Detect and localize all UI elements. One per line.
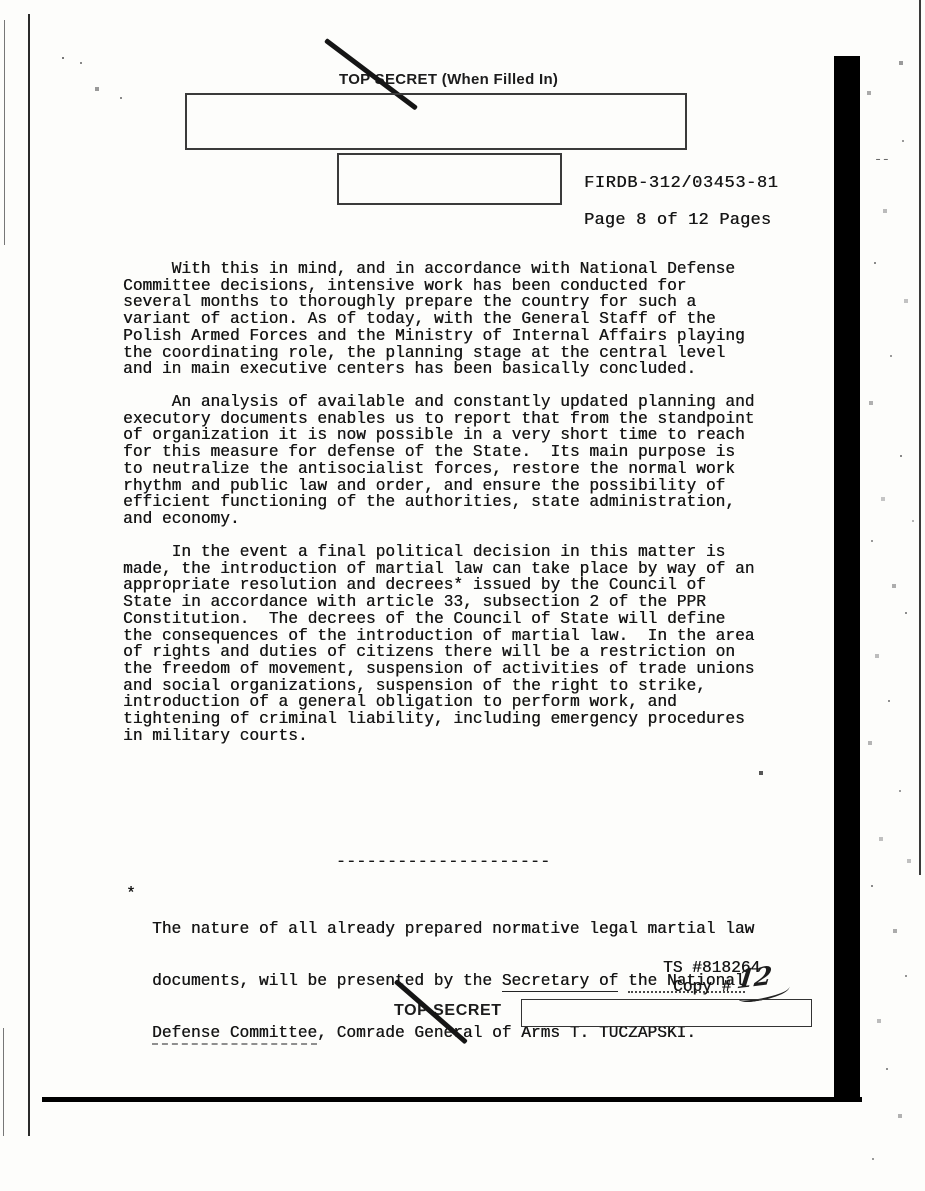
margin-mark: --: [874, 152, 890, 169]
underlined-defense-committee: Defense Committee: [152, 1024, 317, 1045]
underlined-secretary-of: Secretary of: [502, 972, 619, 992]
classification-footer: TOP SECRET: [394, 1002, 502, 1020]
paragraph-2: An analysis of available and constantly …: [123, 394, 754, 528]
film-edge-bar-right: [834, 56, 860, 1101]
film-edge-line-far-left-top: [4, 20, 5, 245]
page-border-line-left: [28, 14, 30, 1136]
separator-line: ---------------------: [336, 854, 551, 871]
doc-number: FIRDB-312/03453-81: [584, 176, 778, 193]
paragraph-1: With this in mind, and in accordance wit…: [123, 261, 745, 378]
redaction-box-secondary: [337, 153, 562, 205]
scanned-document-page: -- TOP SECRET (When Filled In) FIRDB-312…: [0, 0, 925, 1191]
redaction-box-primary: [185, 93, 687, 150]
page-border-line-far-right: [919, 0, 921, 875]
film-edge-line-far-left-bottom: [3, 1028, 4, 1136]
footnote-line-1: The nature of all already prepared norma…: [152, 921, 754, 938]
scan-noise-speckles: [0, 0, 2, 2]
paragraph-3: In the event a final political decision …: [123, 544, 754, 744]
copy-label: Copy #: [673, 979, 731, 996]
redaction-box-footer: [521, 999, 812, 1027]
footnote-text: The nature of all already prepared norma…: [152, 886, 754, 1077]
page-info: Page 8 of 12 Pages: [584, 213, 771, 230]
footnote-marker: *: [126, 886, 136, 903]
page-border-line-bottom: [42, 1097, 862, 1102]
